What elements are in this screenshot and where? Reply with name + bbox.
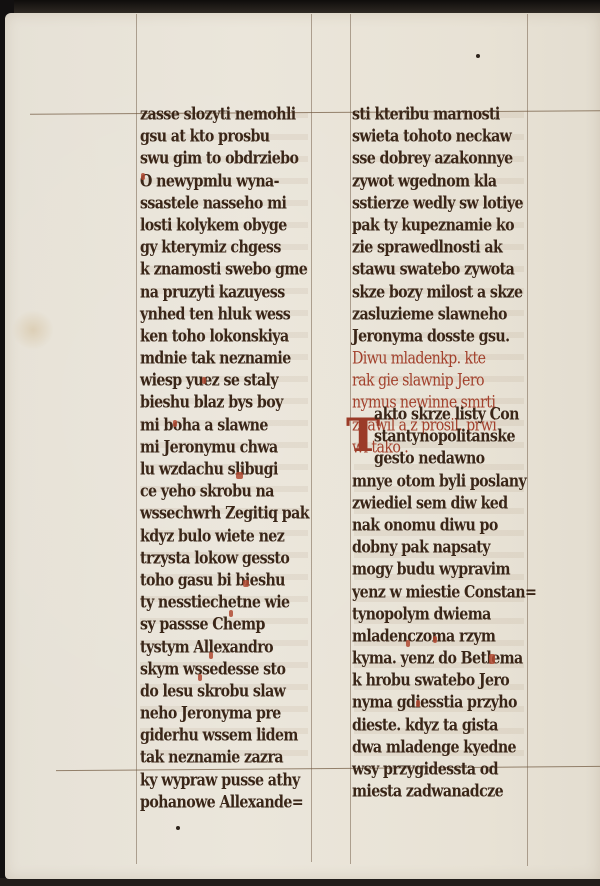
- rubric-touch: [243, 580, 249, 587]
- ink-dot-bottom: [176, 826, 180, 830]
- rubric-touch: [229, 610, 233, 617]
- text-column-left: zasse slozyti nemohli gsu at kto prosbu …: [140, 104, 309, 814]
- scan-bottom-edge: [0, 878, 600, 886]
- rubric-touch: [416, 700, 420, 707]
- text-line: mogy budu wypravim: [352, 558, 536, 584]
- text-column-right-body: akto skrze listy Con stantynopolitanske …: [352, 404, 536, 803]
- rubric-touch: [198, 674, 202, 681]
- text-line: k znamosti swebo gme: [140, 258, 309, 284]
- text-line: stawu swatebo zywota: [352, 258, 523, 284]
- parchment-stain: [12, 310, 54, 350]
- rubric-touch: [406, 640, 410, 647]
- text-line: sy passse Chemp: [140, 613, 309, 639]
- ruling-vertical-left-inner: [311, 14, 312, 862]
- text-line: miesta zadwanadcze: [352, 780, 536, 806]
- text-line: pohanowe Allexande=: [140, 790, 309, 816]
- ink-dot-top: [476, 54, 480, 58]
- rubric-touch: [209, 652, 213, 659]
- rubric-touch: [202, 377, 206, 384]
- rubric-touch: [173, 420, 177, 427]
- rubric-touch: [141, 173, 145, 180]
- rubric-touch: [236, 472, 243, 479]
- rubric-touch: [489, 654, 495, 664]
- ruling-vertical-left-outer: [136, 14, 137, 864]
- rubric-touch: [433, 636, 437, 643]
